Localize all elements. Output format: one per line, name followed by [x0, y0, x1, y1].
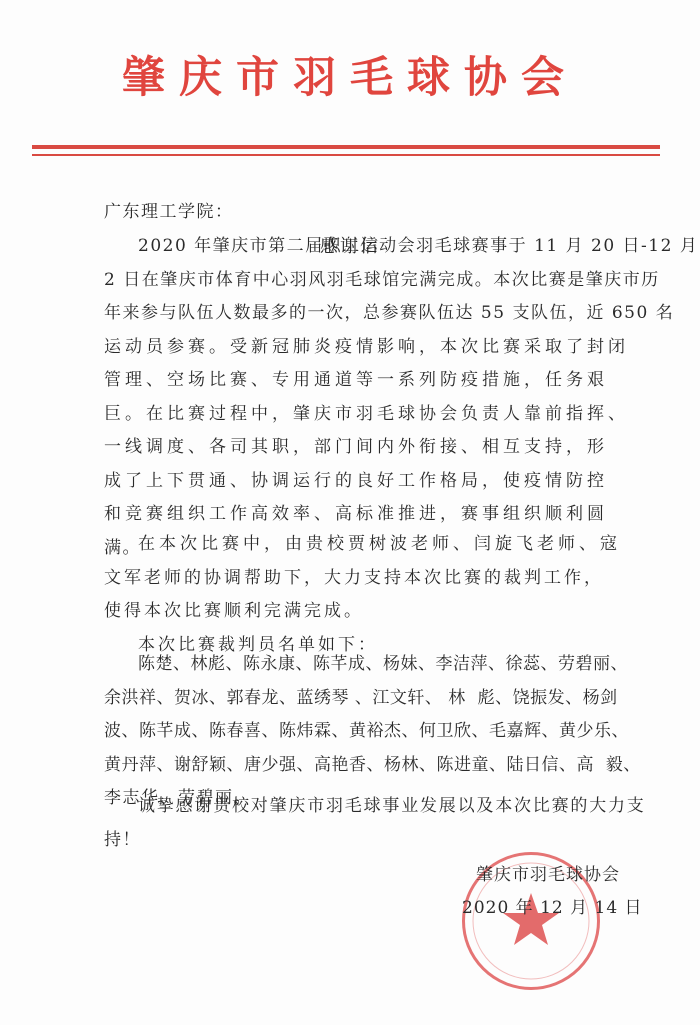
salutation-text: 广东理工学院： — [104, 196, 644, 230]
paragraph-line: 2020 年肇庆市第二届职工运动会羽毛球赛事于 11 月 20 日-12 月 — [104, 230, 644, 264]
signature-org: 肇庆市羽毛球协会 — [476, 860, 620, 885]
paragraph-line: 一线调度、各司其职，部门间内外衔接、相互支持，形 — [104, 431, 644, 465]
letterhead-rule-thin — [32, 154, 660, 156]
paragraph-1: 2020 年肇庆市第二届职工运动会羽毛球赛事于 11 月 20 日-12 月 2… — [104, 230, 644, 565]
paragraph-line: 运动员参赛。受新冠肺炎疫情影响，本次比赛采取了封闭 — [104, 331, 644, 365]
paragraph-2: 在本次比赛中，由贵校贾树波老师、闫旋飞老师、寇 文军老师的协调帮助下，大力支持本… — [104, 528, 644, 662]
paragraph-line: 文军老师的协调帮助下，大力支持本次比赛的裁判工作， — [104, 562, 644, 596]
letterhead-title: 肇庆市羽毛球协会 — [0, 48, 700, 108]
paragraph-line: 管理、空场比赛、专用通道等一系列防疫措施，任务艰 — [104, 364, 644, 398]
salutation: 广东理工学院： — [104, 196, 644, 230]
letterhead-rule-thick — [32, 145, 660, 149]
paragraph-line: 使得本次比赛顺利完满完成。 — [104, 595, 644, 629]
closing-line: 持！ — [104, 824, 644, 858]
referee-line: 余洪祥、贺冰、郭春龙、蓝绣琴 、江文轩、 林 彪、饶振发、杨剑 — [104, 682, 644, 716]
referee-line: 波、陈芊成、陈春喜、陈炜霖、黄裕杰、何卫欣、毛嘉辉、黄少乐、 — [104, 715, 644, 749]
paragraph-line: 2 日在肇庆市体育中心羽风羽毛球馆完满完成。本次比赛是肇庆市历 — [104, 264, 644, 298]
paragraph-line: 成了上下贯通、协调运行的良好工作格局，使疫情防控 — [104, 465, 644, 499]
referee-line: 陈楚、林彪、陈永康、陈芊成、杨妹、李洁萍、徐蕊、劳碧丽、 — [104, 648, 644, 682]
signature-date: 2020 年 12 月 14 日 — [462, 893, 643, 918]
paragraph-line: 和竞赛组织工作高效率、高标准推进，赛事组织顺利圆 — [104, 498, 644, 532]
paragraph-line: 在本次比赛中，由贵校贾树波老师、闫旋飞老师、寇 — [104, 528, 644, 562]
closing-line: 诚挚感谢贵校对肇庆市羽毛球事业发展以及本次比赛的大力支 — [104, 790, 644, 824]
closing-paragraph: 诚挚感谢贵校对肇庆市羽毛球事业发展以及本次比赛的大力支 持！ — [104, 790, 644, 857]
paragraph-line: 巨。在比赛过程中，肇庆市羽毛球协会负责人靠前指挥、 — [104, 398, 644, 432]
paragraph-line: 年来参与队伍人数最多的一次，总参赛队伍达 55 支队伍，近 650 名 — [104, 297, 644, 331]
referee-line: 黄丹萍、谢舒颖、唐少强、高艳香、杨林、陈进童、陆日信、高 毅、 — [104, 749, 644, 783]
